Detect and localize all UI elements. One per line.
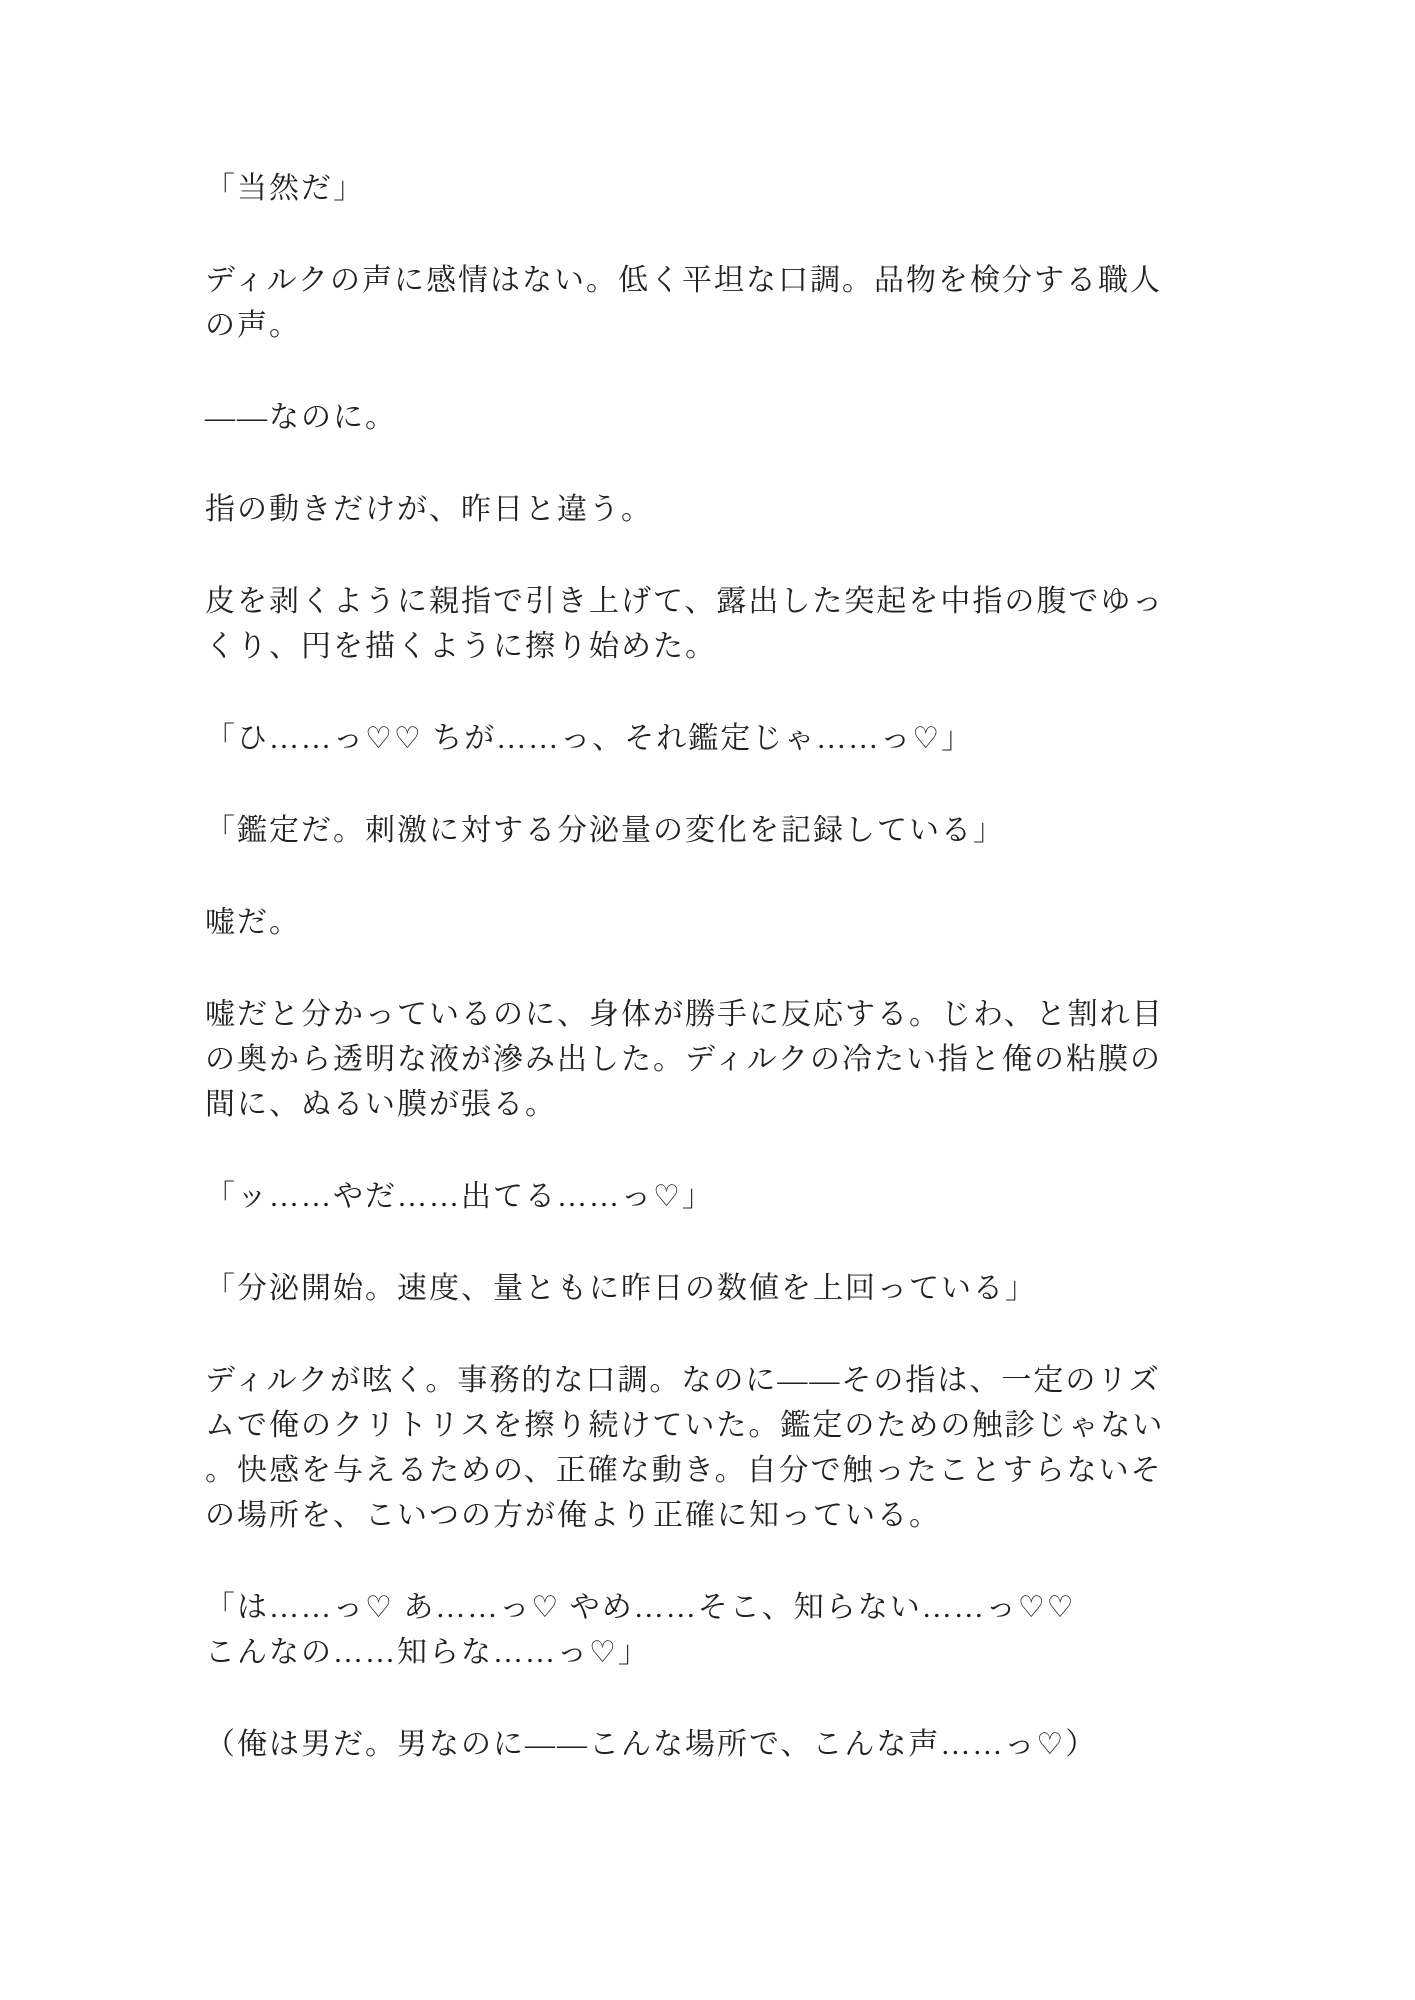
paragraph-8: 嘘だ。 [205, 900, 1175, 945]
paragraph-6: 「ひ……っ♡♡ ちが……っ、それ鑑定じゃ……っ♡」 [205, 716, 1175, 761]
text-line: の奥から透明な液が滲み出した。ディルクの冷たい指と俺の粘膜の [205, 1037, 1175, 1082]
text-line: ディルクの声に感情はない。低く平坦な口調。品物を検分する職人 [205, 258, 1175, 303]
text-line: ディルクが呟く。事務的な口調。なのに——その指は、一定のリズ [205, 1358, 1175, 1403]
paragraph-11: 「分泌開始。速度、量ともに昨日の数値を上回っている」 [205, 1266, 1175, 1311]
paragraph-9: 嘘だと分かっているのに、身体が勝手に反応する。じわ、と割れ目の奥から透明な液が滲… [205, 992, 1175, 1127]
text-line: の場所を、こいつの方が俺より正確に知っている。 [205, 1493, 1175, 1538]
text-line: ムで俺のクリトリスを擦り続けていた。鑑定のための触診じゃない [205, 1403, 1175, 1448]
text-line: （俺は男だ。男なのに——こんな場所で、こんな声……っ♡） [205, 1722, 1175, 1767]
paragraph-5: 皮を剥くように親指で引き上げて、露出した突起を中指の腹でゆっくり、円を描くように… [205, 579, 1175, 669]
text-line: 「は……っ♡ あ……っ♡ やめ……そこ、知らない……っ♡♡ [205, 1585, 1175, 1630]
text-line: 嘘だ。 [205, 900, 1175, 945]
text-line: 指の動きだけが、昨日と違う。 [205, 487, 1175, 532]
text-line: くり、円を描くように擦り始めた。 [205, 624, 1175, 669]
paragraph-14: （俺は男だ。男なのに——こんな場所で、こんな声……っ♡） [205, 1722, 1175, 1767]
text-line: こんなの……知らな……っ♡」 [205, 1630, 1175, 1675]
text-line: の声。 [205, 303, 1175, 348]
text-line: 「ひ……っ♡♡ ちが……っ、それ鑑定じゃ……っ♡」 [205, 716, 1175, 761]
paragraph-7: 「鑑定だ。刺激に対する分泌量の変化を記録している」 [205, 808, 1175, 853]
paragraph-3: ——なのに。 [205, 395, 1175, 440]
document-page: 「当然だ」ディルクの声に感情はない。低く平坦な口調。品物を検分する職人の声。——… [0, 0, 1415, 2000]
paragraph-12: ディルクが呟く。事務的な口調。なのに——その指は、一定のリズムで俺のクリトリスを… [205, 1358, 1175, 1538]
text-line: 「当然だ」 [205, 166, 1175, 211]
text-line: 「分泌開始。速度、量ともに昨日の数値を上回っている」 [205, 1266, 1175, 1311]
text-line: ——なのに。 [205, 395, 1175, 440]
paragraph-10: 「ッ……やだ……出てる……っ♡」 [205, 1174, 1175, 1219]
paragraph-1: 「当然だ」 [205, 166, 1175, 211]
text-line: 間に、ぬるい膜が張る。 [205, 1082, 1175, 1127]
text-line: 皮を剥くように親指で引き上げて、露出した突起を中指の腹でゆっ [205, 579, 1175, 624]
paragraph-2: ディルクの声に感情はない。低く平坦な口調。品物を検分する職人の声。 [205, 258, 1175, 348]
paragraph-4: 指の動きだけが、昨日と違う。 [205, 487, 1175, 532]
text-line: 嘘だと分かっているのに、身体が勝手に反応する。じわ、と割れ目 [205, 992, 1175, 1037]
text-line: 「鑑定だ。刺激に対する分泌量の変化を記録している」 [205, 808, 1175, 853]
text-line: 「ッ……やだ……出てる……っ♡」 [205, 1174, 1175, 1219]
novel-text-body: 「当然だ」ディルクの声に感情はない。低く平坦な口調。品物を検分する職人の声。——… [0, 0, 1415, 1767]
text-line: 。快感を与えるための、正確な動き。自分で触ったことすらないそ [205, 1448, 1175, 1493]
paragraph-13: 「は……っ♡ あ……っ♡ やめ……そこ、知らない……っ♡♡こんなの……知らな……… [205, 1585, 1175, 1675]
